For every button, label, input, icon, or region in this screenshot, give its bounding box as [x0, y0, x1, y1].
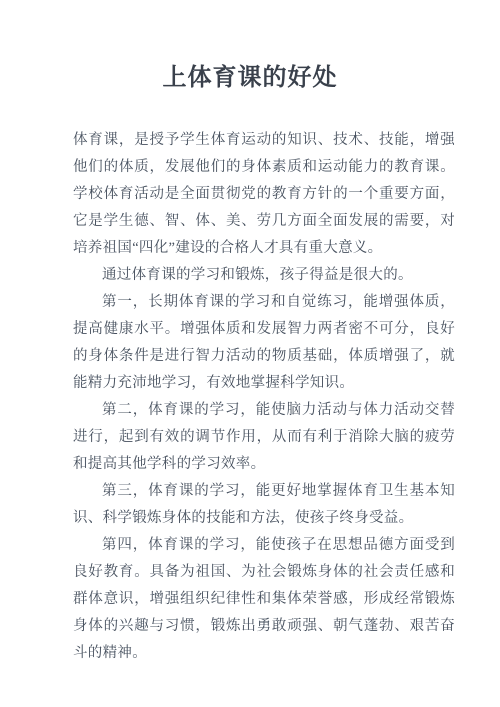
document-page: 上体育课的好处 体育课，是授予学生体育运动的知识、技术、技能，增强他们的体质，发… — [0, 0, 500, 707]
document-body: 体育课，是授予学生体育运动的知识、技术、技能，增强他们的体质，发展他们的身体素质… — [73, 127, 455, 667]
paragraph-overview: 通过体育课的学习和锻炼，孩子得益是很大的。 — [73, 262, 455, 289]
paragraph-benefit-3: 第三，体育课的学习，能更好地掌握体育卫生基本知识、科学锻炼身体的技能和方法，使孩… — [73, 478, 455, 532]
paragraph-benefit-2: 第二，体育课的学习，能使脑力活动与体力活动交替进行，起到有效的调节作用，从而有利… — [73, 397, 455, 478]
paragraph-benefit-1: 第一，长期体育课的学习和自觉练习，能增强体质，提高健康水平。增强体质和发展智力两… — [73, 289, 455, 397]
paragraph-intro: 体育课，是授予学生体育运动的知识、技术、技能，增强他们的体质，发展他们的身体素质… — [73, 127, 455, 262]
document-title: 上体育课的好处 — [0, 0, 500, 94]
paragraph-benefit-4: 第四，体育课的学习，能使孩子在思想品德方面受到良好教育。具备为祖国、为社会锻炼身… — [73, 532, 455, 667]
